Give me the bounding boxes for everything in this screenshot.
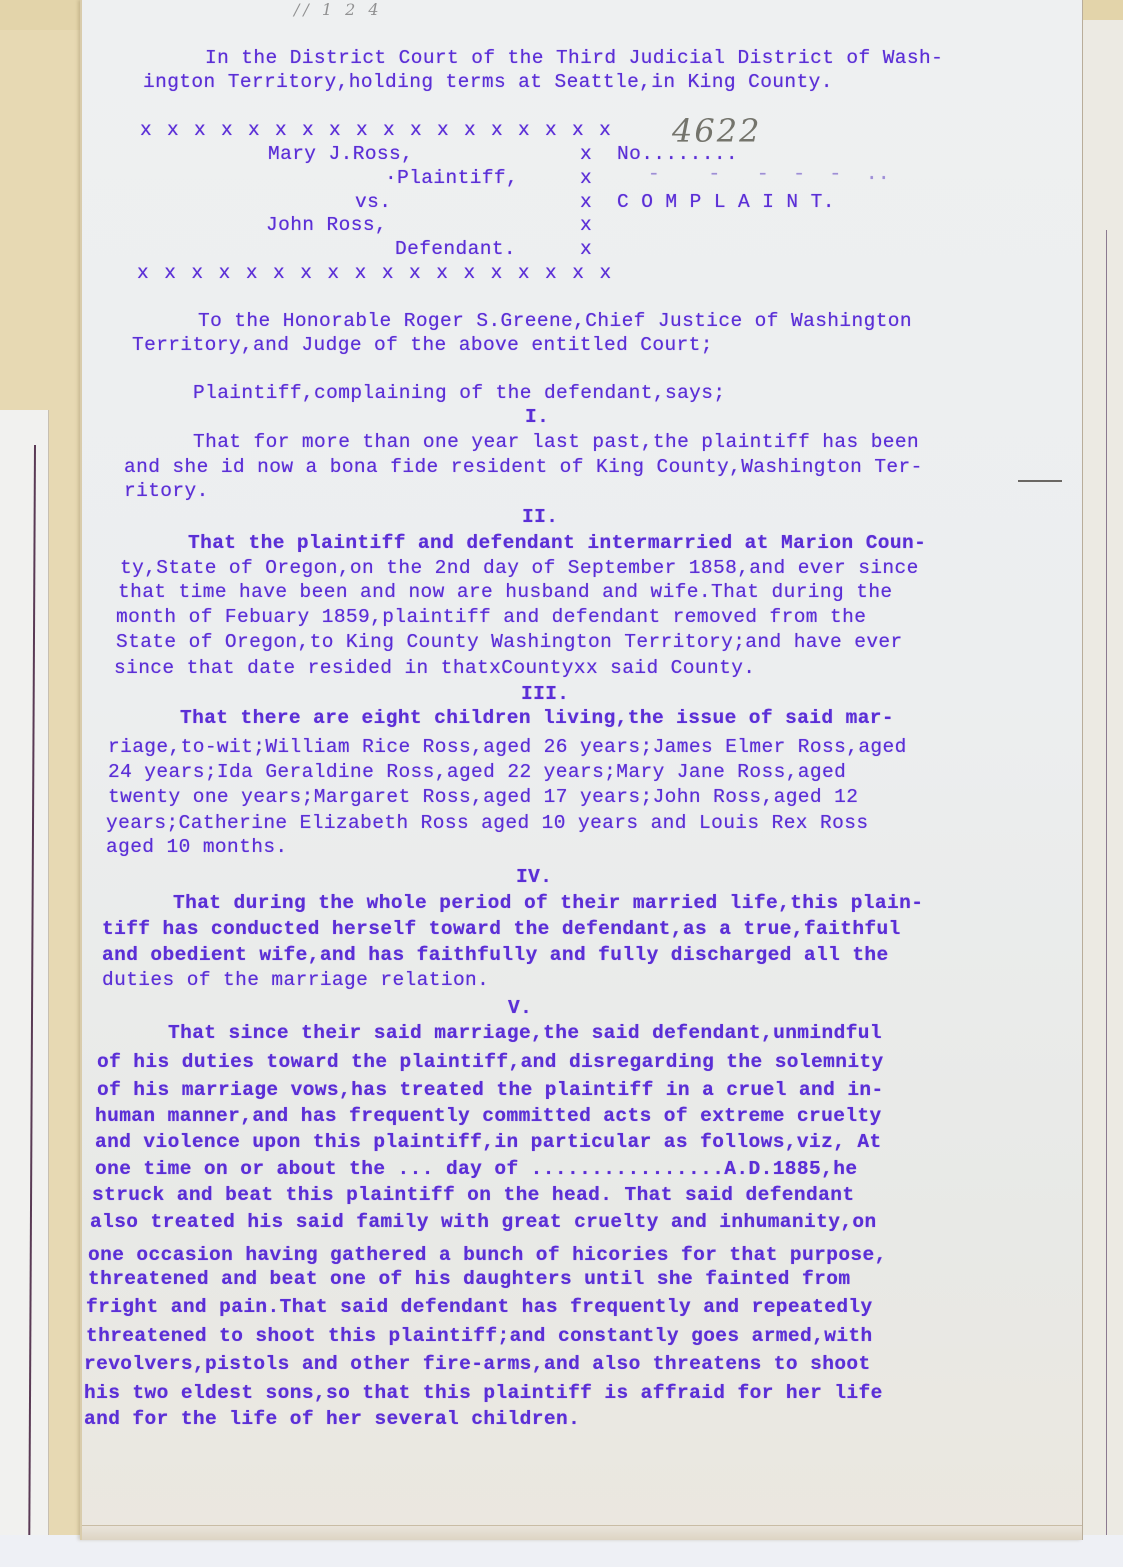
section-iv-line: tiff has conducted herself toward the de… <box>102 917 901 941</box>
caption-column-mark: x <box>580 213 592 237</box>
section-i-line: and she id now a bona fide resident of K… <box>124 455 923 479</box>
court-heading-line-2: ington Territory,holding terms at Seattl… <box>143 70 833 94</box>
plaintiff-label: ·Plaintiff, <box>385 166 518 190</box>
section-v-line: fright and pain.That said defendant has … <box>86 1295 873 1319</box>
section-iii-line: twenty one years;Margaret Ross,aged 17 y… <box>108 785 858 809</box>
margin-pencil-dash <box>1018 480 1062 482</box>
underlying-sheet-right <box>1080 20 1123 1567</box>
section-v-line: human manner,and has frequently committe… <box>95 1104 882 1128</box>
section-v-line: his two eldest sons,so that this plainti… <box>84 1381 883 1405</box>
section-numeral-iv: IV. <box>516 865 552 889</box>
section-v-line: one time on or about the ... day of ....… <box>95 1157 857 1181</box>
address-line-1: To the Honorable Roger S.Greene,Chief Ju… <box>198 309 912 333</box>
section-iii-line: That there are eight children living,the… <box>180 706 894 730</box>
case-number-handwritten: 4622 <box>672 112 761 150</box>
section-ii-line: month of Febuary 1859,plaintiff and defe… <box>116 605 866 629</box>
section-v-line: threatened to shoot this plaintiff;and c… <box>86 1324 873 1348</box>
section-iii-line: 24 years;Ida Geraldine Ross,aged 22 year… <box>108 760 846 784</box>
section-v-line: and for the life of her several children… <box>84 1407 580 1431</box>
section-v-line: and violence upon this plaintiff,in part… <box>95 1130 882 1154</box>
section-ii-line: that time have been and now are husband … <box>118 580 893 604</box>
page-bottom-edge <box>82 1525 1082 1540</box>
section-iii-line: riage,to-wit;William Rice Ross,aged 26 y… <box>108 735 907 759</box>
section-v-line: threatened and beat one of his daughters… <box>88 1267 850 1291</box>
section-ii-line: since that date resided in thatxCountyxx… <box>114 656 755 680</box>
address-line-2: Territory,and Judge of the above entitle… <box>132 333 713 357</box>
section-iii-line: aged 10 months. <box>106 835 288 859</box>
caption-column-mark: x <box>580 237 592 261</box>
section-i-line: That for more than one year last past,th… <box>193 430 919 454</box>
section-iv-line: duties of the marriage relation. <box>102 968 489 992</box>
sheet-edge-line <box>1106 230 1107 1567</box>
underlying-sheet-left <box>0 410 49 1567</box>
section-iv-line: and obedient wife,and has faithfully and… <box>102 943 889 967</box>
section-ii-line: ty,State of Oregon,on the 2nd day of Sep… <box>120 556 919 580</box>
section-v-line: of his marriage vows,has treated the pla… <box>97 1078 884 1102</box>
section-ii-line: State of Oregon,to King County Washingto… <box>116 630 903 654</box>
court-heading-line-1: In the District Court of the Third Judic… <box>205 46 943 70</box>
dash-row: - - - - - .. <box>648 162 890 186</box>
document-type-title: C O M P L A I N T. <box>617 190 835 214</box>
caption-column-mark: x <box>580 142 592 166</box>
defendant-name: John Ross, <box>266 213 387 237</box>
defendant-label: Defendant. <box>395 237 516 261</box>
section-v-line: also treated his said family with great … <box>90 1210 877 1234</box>
section-v-line: revolvers,pistols and other fire-arms,an… <box>84 1352 871 1376</box>
section-v-line: struck and beat this plaintiff on the he… <box>92 1183 854 1207</box>
caption-border-bottom: x x x x x x x x x x x x x x x x x x <box>137 261 613 285</box>
section-numeral-ii: II. <box>522 505 558 529</box>
section-numeral-iii: III. <box>521 682 569 706</box>
caption-border-top: x x x x x x x x x x x x x x x x x x <box>140 118 613 142</box>
section-i-line: ritory. <box>124 479 209 503</box>
caption-column-mark: x <box>580 190 592 214</box>
section-numeral-v: V. <box>508 996 532 1020</box>
section-iii-line: years;Catherine Elizabeth Ross aged 10 y… <box>106 811 868 835</box>
intro-line: Plaintiff,complaining of the defendant,s… <box>193 381 725 405</box>
plaintiff-name: Mary J.Ross, <box>268 142 413 166</box>
section-v-line: one occasion having gathered a bunch of … <box>88 1243 887 1267</box>
section-v-line: of his duties toward the plaintiff,and d… <box>97 1050 884 1074</box>
pencil-marks: // 1 2 4 <box>294 0 383 19</box>
versus-label: vs. <box>355 190 391 214</box>
section-ii-line: That the plaintiff and defendant interma… <box>188 531 926 555</box>
section-iv-line: That during the whole period of their ma… <box>173 891 923 915</box>
caption-column-mark: x <box>580 166 592 190</box>
section-v-line: That since their said marriage,the said … <box>168 1021 882 1045</box>
section-numeral-i: I. <box>525 405 549 429</box>
